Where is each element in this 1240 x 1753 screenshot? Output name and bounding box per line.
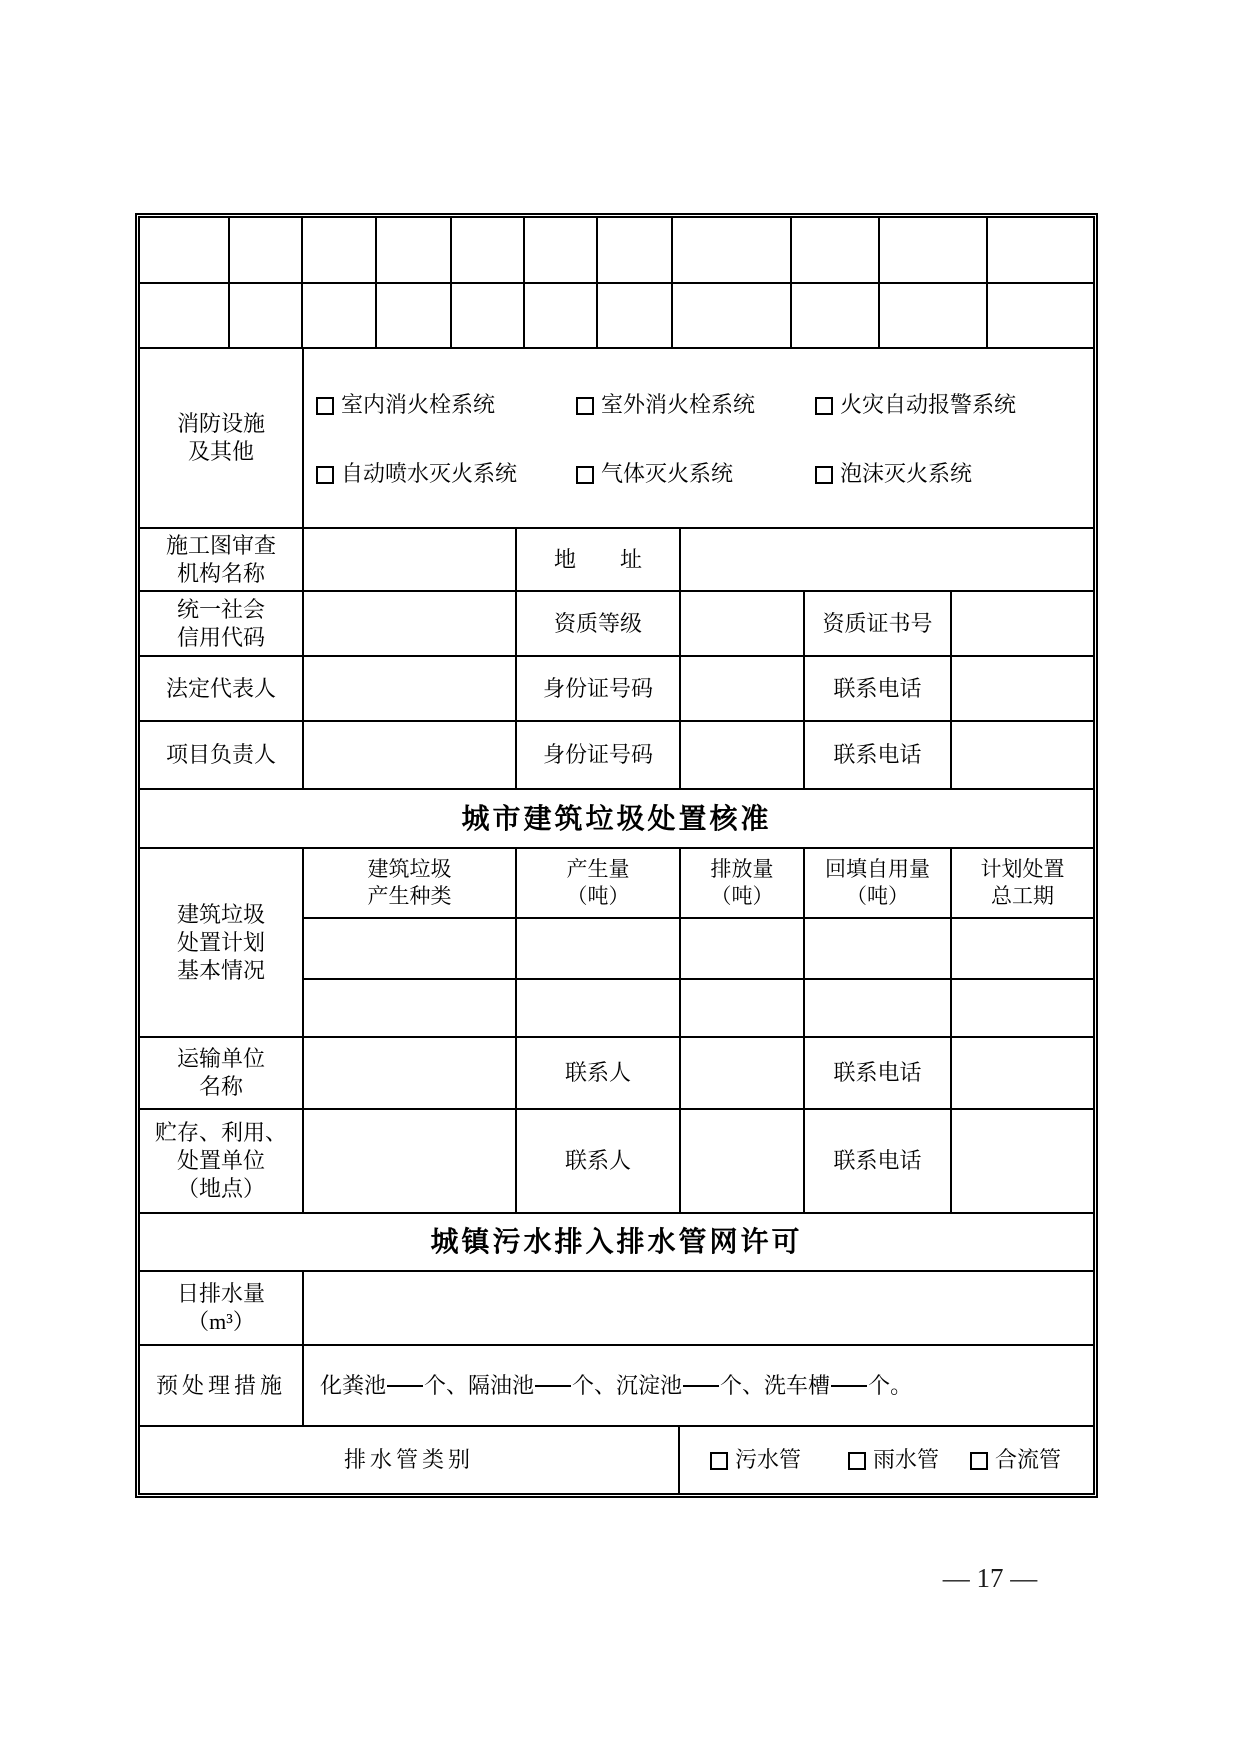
- project-manager-phone-label: 联系电话: [805, 722, 952, 790]
- daily-discharge-label: 日排水量 （m³）: [140, 1272, 304, 1346]
- pretreatment-text: 个、隔油池: [424, 1372, 534, 1400]
- waste-plan-block: 建筑垃圾 处置计划 基本情况 建筑垃圾 产生种类 产生量 （吨） 排放量 （吨）…: [140, 849, 1093, 1038]
- waste-type-col-header: 建筑垃圾 产生种类: [304, 849, 517, 919]
- review-org-value-cell: [304, 529, 517, 592]
- checkbox-icon[interactable]: [710, 1452, 728, 1470]
- daily-discharge-value-cell: [304, 1272, 1093, 1346]
- fire-options-line: 自动喷水灭火系统 气体灭火系统 泡沫灭火系统: [304, 453, 1093, 494]
- address-label: 地 址: [517, 529, 681, 592]
- empty-cell: [304, 980, 517, 1038]
- project-manager-value-cell: [304, 722, 517, 790]
- project-manager-row: 项目负责人 身份证号码 联系电话: [140, 722, 1093, 790]
- checkbox-option[interactable]: 室内消火栓系统: [316, 392, 495, 418]
- checkbox-icon[interactable]: [815, 397, 833, 415]
- storage-phone-label: 联系电话: [805, 1110, 952, 1214]
- pipe-type-row: 排水管类别 污水管 雨水管 合流管: [140, 1427, 1093, 1493]
- checkbox-icon[interactable]: [316, 397, 334, 415]
- storage-unit-value-cell: [304, 1110, 517, 1214]
- legal-rep-value-cell: [304, 657, 517, 722]
- fire-facilities-label: 消防设施 及其他: [140, 349, 304, 529]
- page-number: — 17 —: [920, 1563, 1060, 1594]
- checkbox-icon[interactable]: [316, 466, 334, 484]
- qualification-cert-label: 资质证书号: [805, 592, 952, 657]
- empty-cell: [988, 284, 1093, 349]
- empty-cell: [377, 284, 452, 349]
- waste-section-title: 城市建筑垃圾处置核准: [140, 790, 1093, 849]
- checkbox-option[interactable]: 室外消火栓系统: [576, 392, 755, 418]
- review-org-label: 施工图审查 机构名称: [140, 529, 304, 592]
- transport-phone-label: 联系电话: [805, 1038, 952, 1110]
- fire-options-line: 其他灭火系统 疏散指标标志 消防应急照明: [304, 522, 1093, 529]
- empty-cell: [805, 980, 952, 1038]
- credit-code-label: 统一社会 信用代码: [140, 592, 304, 657]
- legal-rep-id-label: 身份证号码: [517, 657, 681, 722]
- fire-facilities-options-cell: 室内消火栓系统 室外消火栓系统 火灾自动报警系统 自动喷水灭火系统 气体灭火系统…: [304, 349, 1093, 529]
- fill-in-blank[interactable]: [831, 1385, 867, 1387]
- waste-header-row: 城市建筑垃圾处置核准: [140, 790, 1093, 849]
- pretreatment-text: 个。: [868, 1372, 912, 1400]
- legal-rep-label: 法定代表人: [140, 657, 304, 722]
- waste-discharged-col-header: 排放量 （吨）: [681, 849, 805, 919]
- empty-cell: [517, 919, 681, 980]
- empty-cell: [304, 919, 517, 980]
- storage-phone-value-cell: [952, 1110, 1093, 1214]
- checkbox-option[interactable]: 气体灭火系统: [576, 461, 733, 487]
- transport-unit-label: 运输单位 名称: [140, 1038, 304, 1110]
- checkbox-option[interactable]: 合流管: [970, 1447, 1061, 1473]
- waste-schedule-col-header: 计划处置 总工期: [952, 849, 1093, 919]
- empty-cell: [140, 218, 230, 284]
- transport-unit-value-cell: [304, 1038, 517, 1110]
- waste-plan-header-row: 建筑垃圾 产生种类 产生量 （吨） 排放量 （吨） 回填自用量 （吨） 计划处置…: [304, 849, 1093, 919]
- empty-cell: [598, 218, 673, 284]
- checkbox-option[interactable]: 自动喷水灭火系统: [316, 461, 517, 487]
- empty-cell: [525, 218, 598, 284]
- empty-cell: [673, 218, 792, 284]
- empty-cell: [792, 284, 880, 349]
- checkbox-icon[interactable]: [576, 397, 594, 415]
- transport-unit-row: 运输单位 名称 联系人 联系电话: [140, 1038, 1093, 1110]
- empty-cell: [517, 980, 681, 1038]
- empty-cell: [377, 218, 452, 284]
- transport-contact-label: 联系人: [517, 1038, 681, 1110]
- legal-rep-phone-value-cell: [952, 657, 1093, 722]
- checkbox-option[interactable]: 泡沫灭火系统: [815, 461, 972, 487]
- credit-code-value-cell: [304, 592, 517, 657]
- qualification-grade-label: 资质等级: [517, 592, 681, 657]
- sewage-section-title: 城镇污水排入排水管网许可: [140, 1214, 1093, 1272]
- project-manager-phone-value-cell: [952, 722, 1093, 790]
- empty-grid-row-2: [140, 284, 1093, 349]
- transport-phone-value-cell: [952, 1038, 1093, 1110]
- review-org-row: 施工图审查 机构名称 地 址: [140, 529, 1093, 592]
- storage-contact-value-cell: [681, 1110, 805, 1214]
- waste-produced-col-header: 产生量 （吨）: [517, 849, 681, 919]
- empty-cell: [952, 980, 1093, 1038]
- empty-cell: [230, 218, 303, 284]
- fire-facilities-row: 消防设施 及其他 室内消火栓系统 室外消火栓系统 火灾自动报警系统 自动喷水灭火…: [140, 349, 1093, 529]
- fire-options-line: 室内消火栓系统 室外消火栓系统 火灾自动报警系统: [304, 384, 1093, 425]
- pretreatment-content: 化粪池个、隔油池个、沉淀池个、洗车槽个。: [304, 1346, 1093, 1427]
- waste-plan-grid: 建筑垃圾 产生种类 产生量 （吨） 排放量 （吨） 回填自用量 （吨） 计划处置…: [304, 849, 1093, 1038]
- checkbox-icon[interactable]: [576, 466, 594, 484]
- checkbox-option[interactable]: 污水管: [710, 1447, 801, 1473]
- pretreatment-text: 个、沉淀池: [572, 1372, 682, 1400]
- empty-cell: [230, 284, 303, 349]
- storage-unit-row: 贮存、利用、 处置单位 （地点） 联系人 联系电话: [140, 1110, 1093, 1214]
- empty-cell: [792, 218, 880, 284]
- empty-cell: [681, 980, 805, 1038]
- empty-cell: [673, 284, 792, 349]
- pretreatment-row: 预处理措施 化粪池个、隔油池个、沉淀池个、洗车槽个。: [140, 1346, 1093, 1427]
- waste-plan-data-row: [304, 919, 1093, 980]
- storage-contact-label: 联系人: [517, 1110, 681, 1214]
- empty-cell: [880, 284, 988, 349]
- empty-cell: [140, 284, 230, 349]
- empty-cell: [525, 284, 598, 349]
- pretreatment-label: 预处理措施: [140, 1346, 304, 1427]
- fill-in-blank[interactable]: [387, 1385, 423, 1387]
- pipe-type-options-cell: 污水管 雨水管 合流管: [680, 1427, 1093, 1493]
- pipe-type-label: 排水管类别: [140, 1427, 680, 1493]
- pretreatment-text: 化粪池: [320, 1372, 386, 1400]
- legal-rep-id-value-cell: [681, 657, 805, 722]
- waste-backfill-col-header: 回填自用量 （吨）: [805, 849, 952, 919]
- empty-cell: [988, 218, 1093, 284]
- fill-in-blank[interactable]: [683, 1385, 719, 1387]
- project-manager-id-label: 身份证号码: [517, 722, 681, 790]
- checkbox-icon[interactable]: [970, 1452, 988, 1470]
- empty-cell: [598, 284, 673, 349]
- transport-contact-value-cell: [681, 1038, 805, 1110]
- empty-grid-row-1: [140, 218, 1093, 284]
- checkbox-option[interactable]: 火灾自动报警系统: [815, 392, 1016, 418]
- checkbox-icon[interactable]: [848, 1452, 866, 1470]
- pretreatment-text: 个、洗车槽: [720, 1372, 830, 1400]
- storage-unit-label: 贮存、利用、 处置单位 （地点）: [140, 1110, 304, 1214]
- legal-rep-phone-label: 联系电话: [805, 657, 952, 722]
- empty-cell: [681, 919, 805, 980]
- fill-in-blank[interactable]: [535, 1385, 571, 1387]
- waste-plan-data-row: [304, 980, 1093, 1038]
- empty-cell: [805, 919, 952, 980]
- waste-plan-label: 建筑垃圾 处置计划 基本情况: [140, 849, 304, 1038]
- checkbox-icon[interactable]: [815, 466, 833, 484]
- empty-cell: [452, 218, 525, 284]
- empty-cell: [952, 919, 1093, 980]
- qualification-grade-value-cell: [681, 592, 805, 657]
- legal-rep-row: 法定代表人 身份证号码 联系电话: [140, 657, 1093, 722]
- project-manager-id-value-cell: [681, 722, 805, 790]
- empty-cell: [303, 284, 377, 349]
- qualification-cert-value-cell: [952, 592, 1093, 657]
- credit-code-row: 统一社会 信用代码 资质等级 资质证书号: [140, 592, 1093, 657]
- checkbox-option[interactable]: 雨水管: [848, 1447, 939, 1473]
- sewage-header-row: 城镇污水排入排水管网许可: [140, 1214, 1093, 1272]
- application-form-table: 消防设施 及其他 室内消火栓系统 室外消火栓系统 火灾自动报警系统 自动喷水灭火…: [135, 213, 1098, 1498]
- address-value-cell: [681, 529, 1093, 592]
- empty-cell: [452, 284, 525, 349]
- daily-discharge-row: 日排水量 （m³）: [140, 1272, 1093, 1346]
- empty-cell: [880, 218, 988, 284]
- project-manager-label: 项目负责人: [140, 722, 304, 790]
- empty-cell: [303, 218, 377, 284]
